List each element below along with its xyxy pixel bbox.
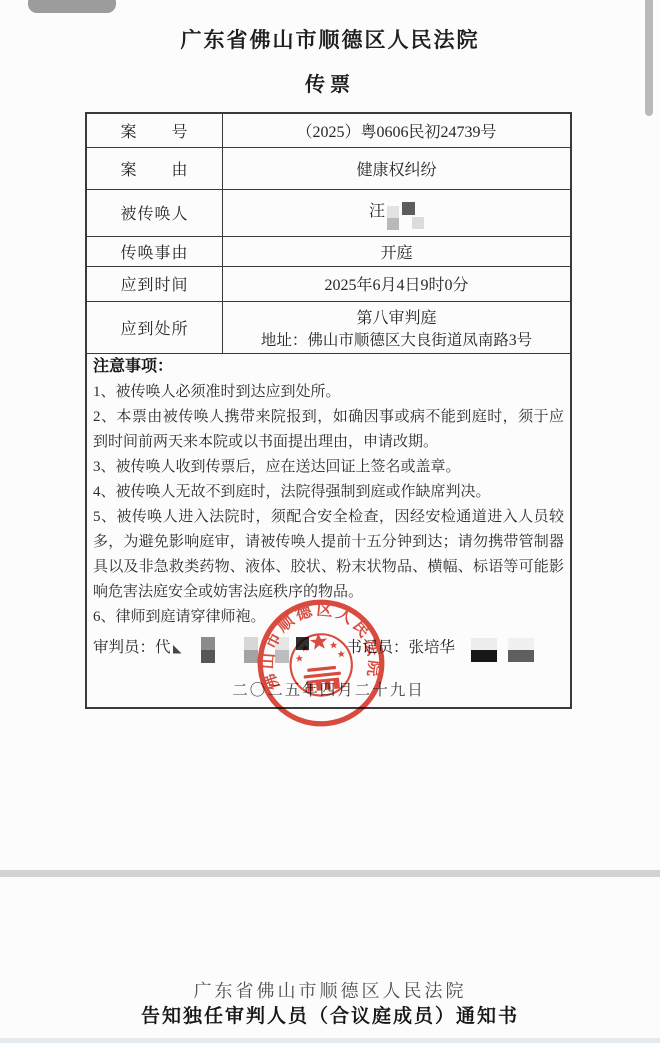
page-separator [0,870,660,877]
summons-reason: 开庭 [223,236,572,266]
row-label: 传唤事由 [86,236,223,266]
top-ui-fragment [28,0,116,13]
summoned-person: 汪 [223,189,572,236]
table-row: 被传唤人 汪 [86,189,571,236]
row-label: 应到处所 [86,301,223,353]
case-number: （2025）粤0606民初24739号 [223,113,572,147]
row-label: 案 由 [86,147,223,189]
table-row: 注意事项： 1、被传唤人必须准时到达应到处所。 2、本票由被传唤人携带来院报到，… [86,353,571,708]
redaction-mosaic [387,206,424,230]
case-cause: 健康权纠纷 [223,147,572,189]
redaction-mosaic [173,637,309,663]
table-row: 应到时间 2025年6月4日9时0分 [86,266,571,301]
note-item-1: 1、被传唤人必须准时到达应到处所。 [93,380,564,405]
row-label: 案 号 [86,113,223,147]
note-item-3: 3、被传唤人收到传票后，应在送达回证上签名或盖章。 [93,455,564,480]
signature-line: 审判员：代 书记员：张培华 [93,634,564,662]
table-row: 案 由 健康权纠纷 [86,147,571,189]
scrollbar-thumb[interactable] [645,0,653,116]
court-address: 地址：佛山市顺德区大良街道凤南路3号 [229,328,564,350]
next-page-court-title: 广东省佛山市顺德区人民法院 [0,977,660,1003]
note-item-4: 4、被传唤人无故不到庭时，法院得强制到庭或作缺席判决。 [93,480,564,505]
courtroom: 第八审判庭 [229,305,564,328]
bottom-edge-strip [0,1038,660,1043]
court-title: 广东省佛山市顺德区人民法院 [0,24,660,54]
note-item-6: 6、律师到庭请穿律师袍。 [93,605,564,630]
clerk-label: 书记员： [347,634,409,662]
notes-cell: 注意事项： 1、被传唤人必须准时到达应到处所。 2、本票由被传唤人携带来院报到，… [86,353,571,708]
note-item-2: 2、本票由被传唤人携带来院报到，如确因事或病不能到庭时，须于应到时间前两天来本院… [93,405,564,455]
note-item-5: 5、被传唤人进入法院时，须配合安全检查，因经安检通道进入人员较多，为避免影响庭审… [93,505,564,605]
table-row: 应到处所 第八审判庭 地址：佛山市顺德区大良街道凤南路3号 [86,301,571,353]
row-label: 应到时间 [86,266,223,301]
appearance-place: 第八审判庭 地址：佛山市顺德区大良街道凤南路3号 [223,301,572,353]
next-page-document-title: 告知独任审判人员（合议庭成员）通知书 [0,1001,660,1028]
summoned-person-name: 汪 [369,203,385,220]
judge-name: 代 [155,634,171,662]
clerk-name: 张培华 [409,634,456,662]
summons-table: 案 号 （2025）粤0606民初24739号 案 由 健康权纠纷 被传唤人 汪… [85,112,572,709]
row-label: 被传唤人 [86,189,223,236]
document-date: 二〇二五年四月二十九日 [93,678,564,700]
notes-heading: 注意事项： [93,354,564,380]
judge-label: 审判员： [93,634,155,662]
table-row: 案 号 （2025）粤0606民初24739号 [86,113,571,147]
appearance-time: 2025年6月4日9时0分 [223,266,572,301]
document-title: 传票 [0,68,660,97]
redaction-mosaic [457,638,534,662]
table-row: 传唤事由 开庭 [86,236,571,266]
